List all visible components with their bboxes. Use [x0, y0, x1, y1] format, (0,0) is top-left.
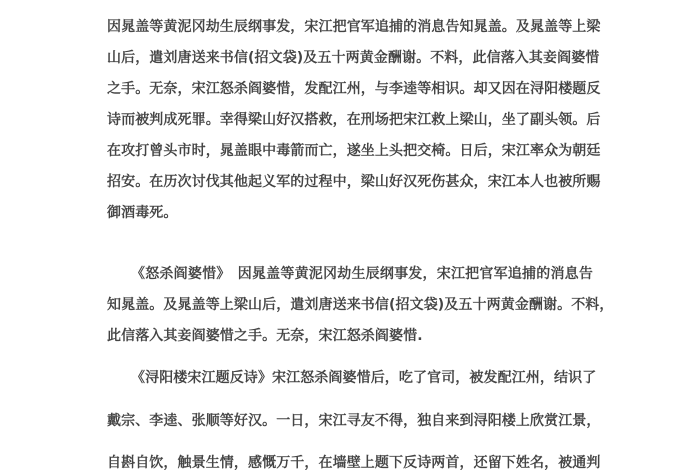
- text-line: 因晁盖等黄泥冈劫生辰纲事发，宋江把官军追捕的消息告知晁盖。及晁盖等上梁: [107, 19, 593, 35]
- text-line: 此信落入其妾阎婆惜之手。无奈，宋江怒杀阎婆惜.: [107, 328, 593, 344]
- text-line: 在攻打曾头市时，晁盖眼中毒箭而亡，遂坐上头把交椅。日后，宋江率众为朝廷: [107, 143, 593, 159]
- text-line: 诗而被判成死罪。幸得梁山好汉搭救，在刑场把宋江救上梁山，坐了副头领。后: [107, 112, 593, 128]
- text-line: 之手。无奈，宋江怒杀阎婆惜，发配江州，与李逵等相识。却又因在浔阳楼题反: [107, 81, 593, 97]
- text-line: 自斟自饮，触景生情，感慨万千，在墙壁上题下反诗两首，还留下姓名，被通判: [107, 455, 593, 470]
- section-heading-line: 《怒杀阎婆惜》 因晁盖等黄泥冈劫生辰纲事发，宋江把官军追捕的消息告: [131, 266, 593, 282]
- text-line: 山后，遣刘唐送来书信(招文袋)及五十两黄金酬谢。不料，此信落入其妾阎婆惜: [107, 50, 593, 66]
- text-line: 戴宗、李逵、张顺等好汉。一日，宋江寻友不得，独自来到浔阳楼上欣赏江景，: [107, 413, 593, 429]
- text-line: 招安。在历次讨伐其他起义军的过程中，梁山好汉死伤甚众，宋江本人也被所赐: [107, 174, 593, 190]
- text-line: 知晁盖。及晁盖等上梁山后，遣刘唐送来书信(招文袋)及五十两黄金酬谢。不料，: [107, 297, 593, 313]
- section-heading-line: 《浔阳楼宋江题反诗》宋江怒杀阎婆惜后，吃了官司，被发配江州，结识了: [131, 370, 593, 386]
- document-page: 因晁盖等黄泥冈劫生辰纲事发，宋江把官军追捕的消息告知晁盖。及晁盖等上梁 山后，遣…: [107, 0, 595, 470]
- text-line: 御酒毒死。: [107, 205, 593, 221]
